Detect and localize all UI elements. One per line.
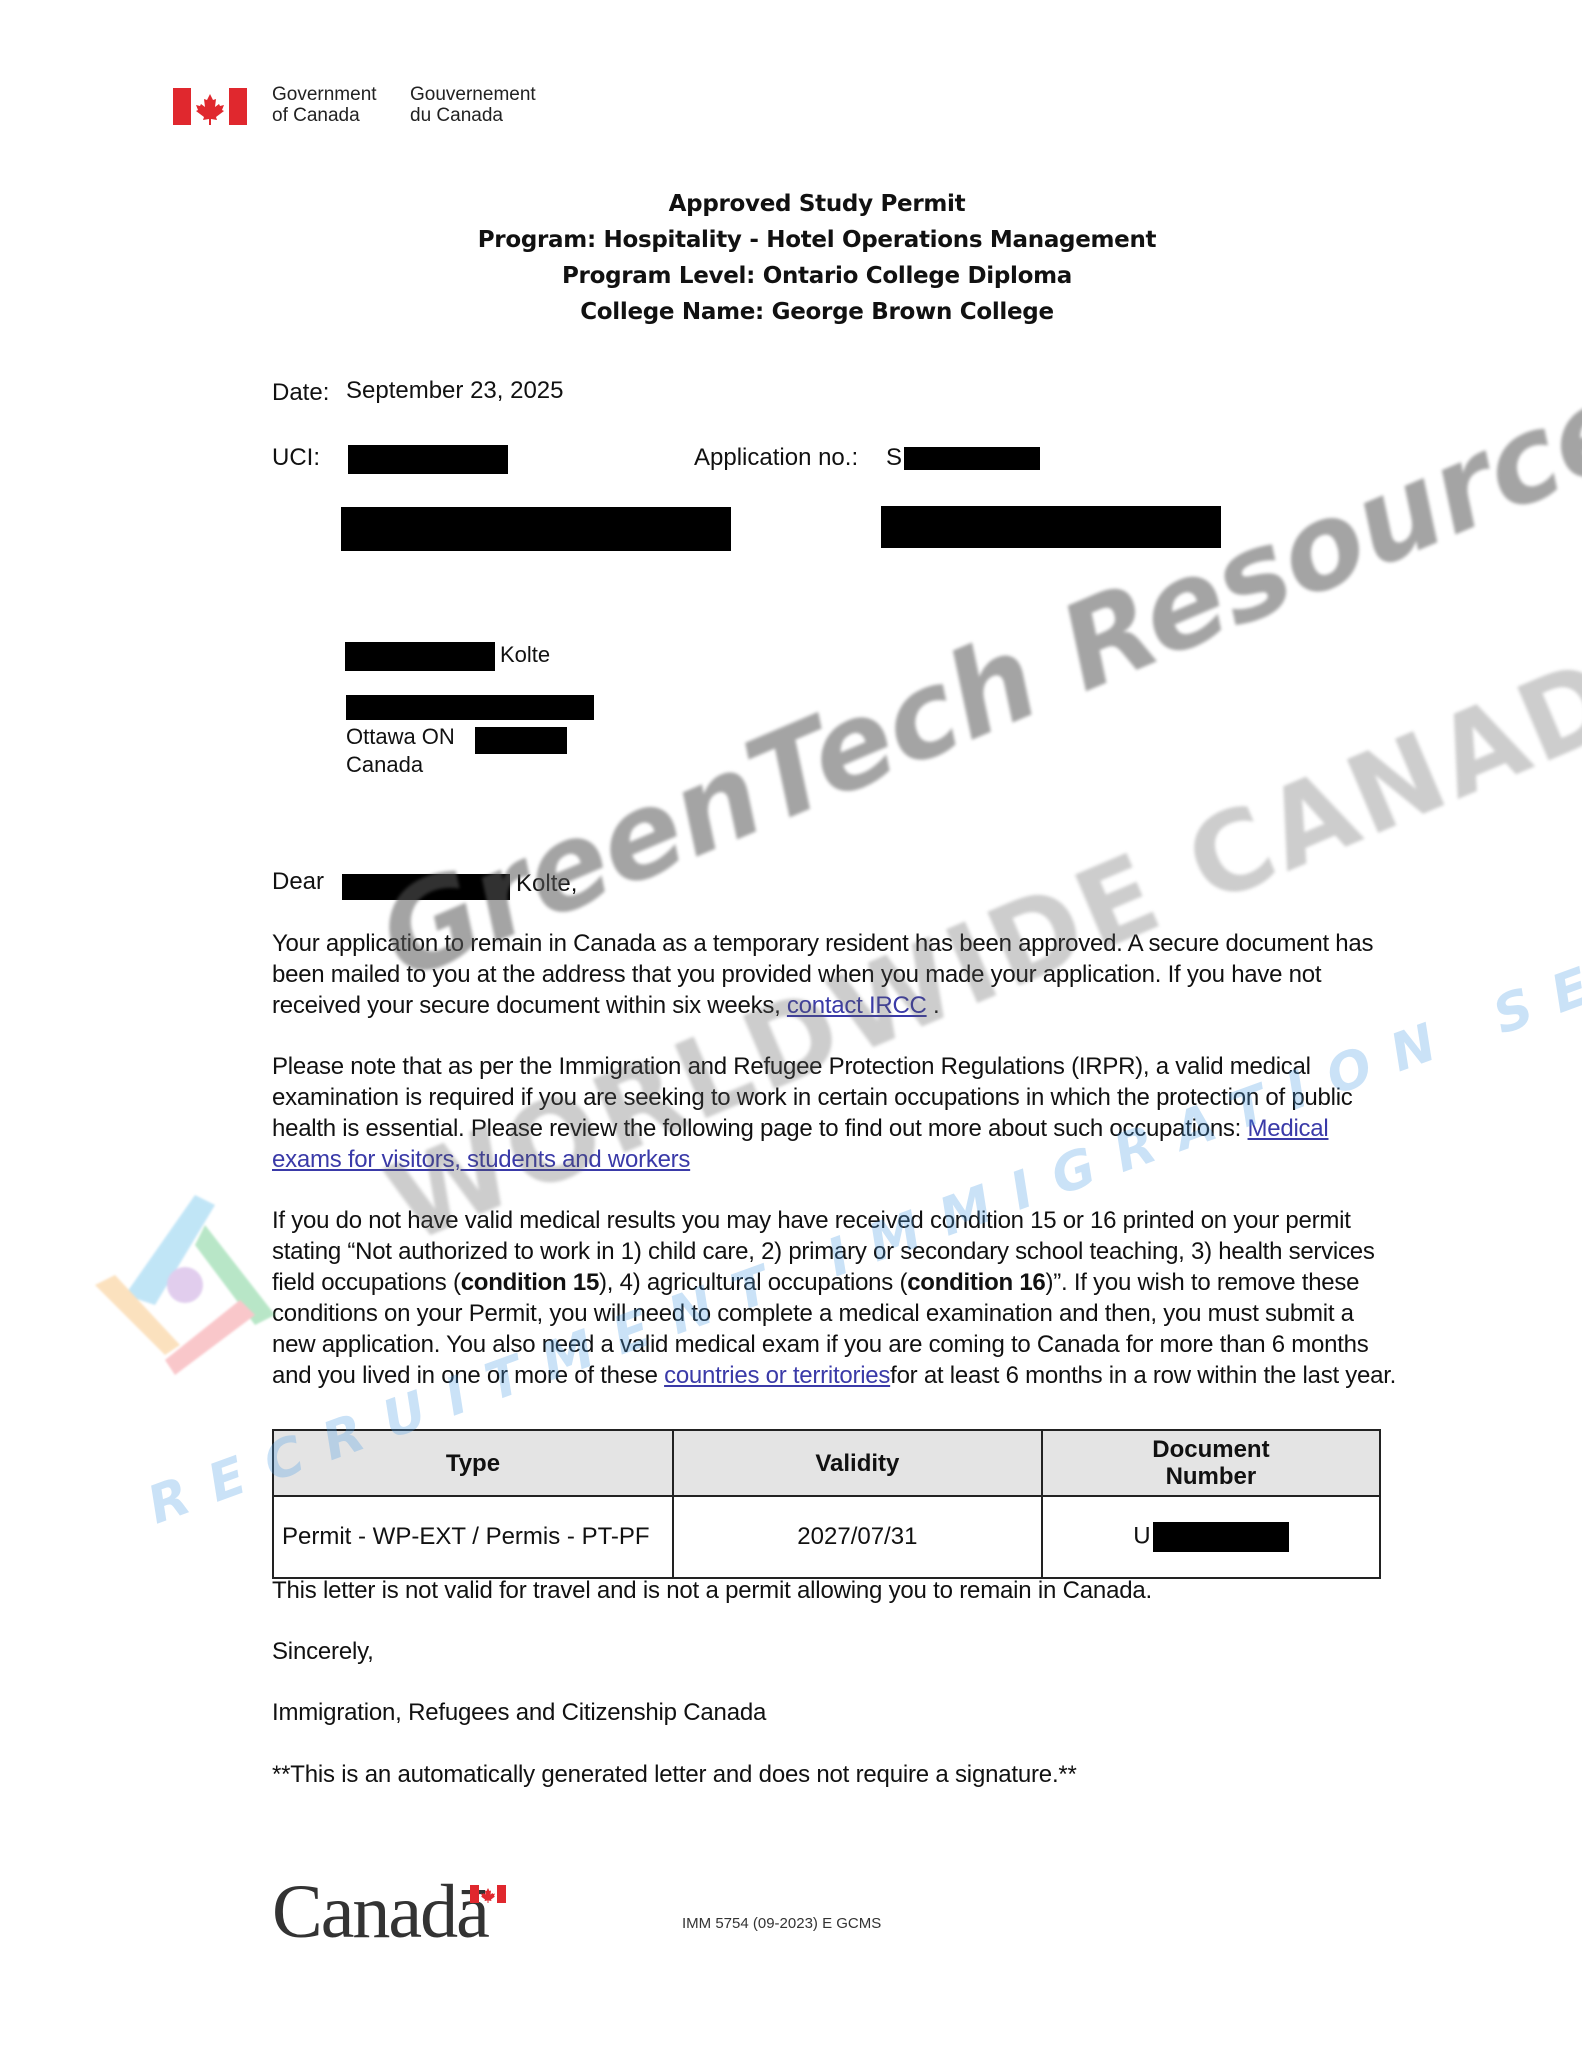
auto-generated-note: **This is an automatically generated let… — [272, 1759, 1077, 1790]
salutation-surname: Kolte, — [516, 870, 577, 898]
header-validity: Validity — [673, 1430, 1042, 1496]
countries-territories-link[interactable]: countries or territories — [664, 1362, 890, 1389]
form-identifier: IMM 5754 (09-2023) E GCMS — [682, 1915, 881, 1932]
title-college-name: College Name: George Brown College — [0, 294, 1582, 330]
condition-15: condition 15 — [461, 1269, 599, 1296]
address-surname: Kolte — [500, 642, 550, 668]
paragraph-approval: Your application to remain in Canada as … — [272, 928, 1392, 1021]
document-prefix: U — [1133, 1522, 1150, 1549]
watermark-logo-icon — [85, 1175, 285, 1385]
cell-type: Permit - WP-EXT / Permis - PT-PF — [273, 1496, 673, 1578]
signatory: Immigration, Refugees and Citizenship Ca… — [272, 1697, 766, 1728]
street-redaction — [346, 695, 594, 720]
application-redaction — [904, 447, 1040, 470]
cell-validity: 2027/07/31 — [673, 1496, 1042, 1578]
cell-document-number: U — [1042, 1496, 1380, 1578]
para2-text: Please note that as per the Immigration … — [272, 1053, 1353, 1142]
para1-end: . — [927, 992, 940, 1019]
address-country: Canada — [346, 752, 423, 778]
not-valid-for-travel-notice: This letter is not valid for travel and … — [272, 1575, 1152, 1606]
header-document-number-text: Document Number — [1141, 1436, 1281, 1490]
salutation-name-redaction — [342, 874, 510, 900]
header-type: Type — [273, 1430, 673, 1496]
document-number-redaction — [1153, 1522, 1289, 1552]
gov-fr-line1: Gouvernement — [410, 84, 536, 105]
permit-table: Type Validity Document Number Permit - W… — [272, 1429, 1381, 1579]
table-header-row: Type Validity Document Number — [273, 1430, 1380, 1496]
uci-label: UCI: — [272, 444, 320, 472]
title-program: Program: Hospitality - Hotel Operations … — [0, 222, 1582, 258]
address-redaction-1 — [341, 507, 731, 551]
given-name-redaction — [345, 642, 495, 671]
application-prefix: S — [886, 444, 902, 472]
address-city: Ottawa ON — [346, 724, 455, 750]
uci-redaction — [348, 445, 508, 474]
gov-fr-line2: du Canada — [410, 105, 536, 126]
letter-title: Approved Study Permit Program: Hospitali… — [0, 186, 1582, 330]
date-label: Date: — [272, 379, 329, 407]
postal-code-redaction — [475, 727, 567, 754]
application-label: Application no.: — [694, 444, 858, 472]
table-row: Permit - WP-EXT / Permis - PT-PF 2027/07… — [273, 1496, 1380, 1578]
government-of-canada-en: Government of Canada — [272, 84, 377, 126]
closing-sincerely: Sincerely, — [272, 1636, 374, 1667]
canada-flag-icon — [173, 88, 247, 125]
header-document-number: Document Number — [1042, 1430, 1380, 1496]
address-redaction-2 — [881, 506, 1221, 548]
contact-ircc-link[interactable]: contact IRCC — [787, 992, 927, 1019]
gov-en-line1: Government — [272, 84, 377, 105]
salutation-dear: Dear — [272, 868, 324, 896]
title-program-level: Program Level: Ontario College Diploma — [0, 258, 1582, 294]
canada-wordmark: Canadā — [272, 1872, 488, 1952]
canada-wordmark-flag-icon — [470, 1885, 506, 1903]
condition-16: condition 16 — [907, 1269, 1045, 1296]
gov-en-line2: of Canada — [272, 105, 377, 126]
para3-text-b: ), 4) agricultural occupations ( — [599, 1269, 907, 1296]
title-approved-study-permit: Approved Study Permit — [0, 186, 1582, 222]
paragraph-medical-note: Please note that as per the Immigration … — [272, 1051, 1392, 1175]
paragraph-conditions: If you do not have valid medical results… — [272, 1205, 1397, 1391]
government-of-canada-fr: Gouvernement du Canada — [410, 84, 536, 126]
para3-end: for at least 6 months in a row within th… — [890, 1362, 1396, 1389]
date-value: September 23, 2025 — [346, 377, 564, 405]
